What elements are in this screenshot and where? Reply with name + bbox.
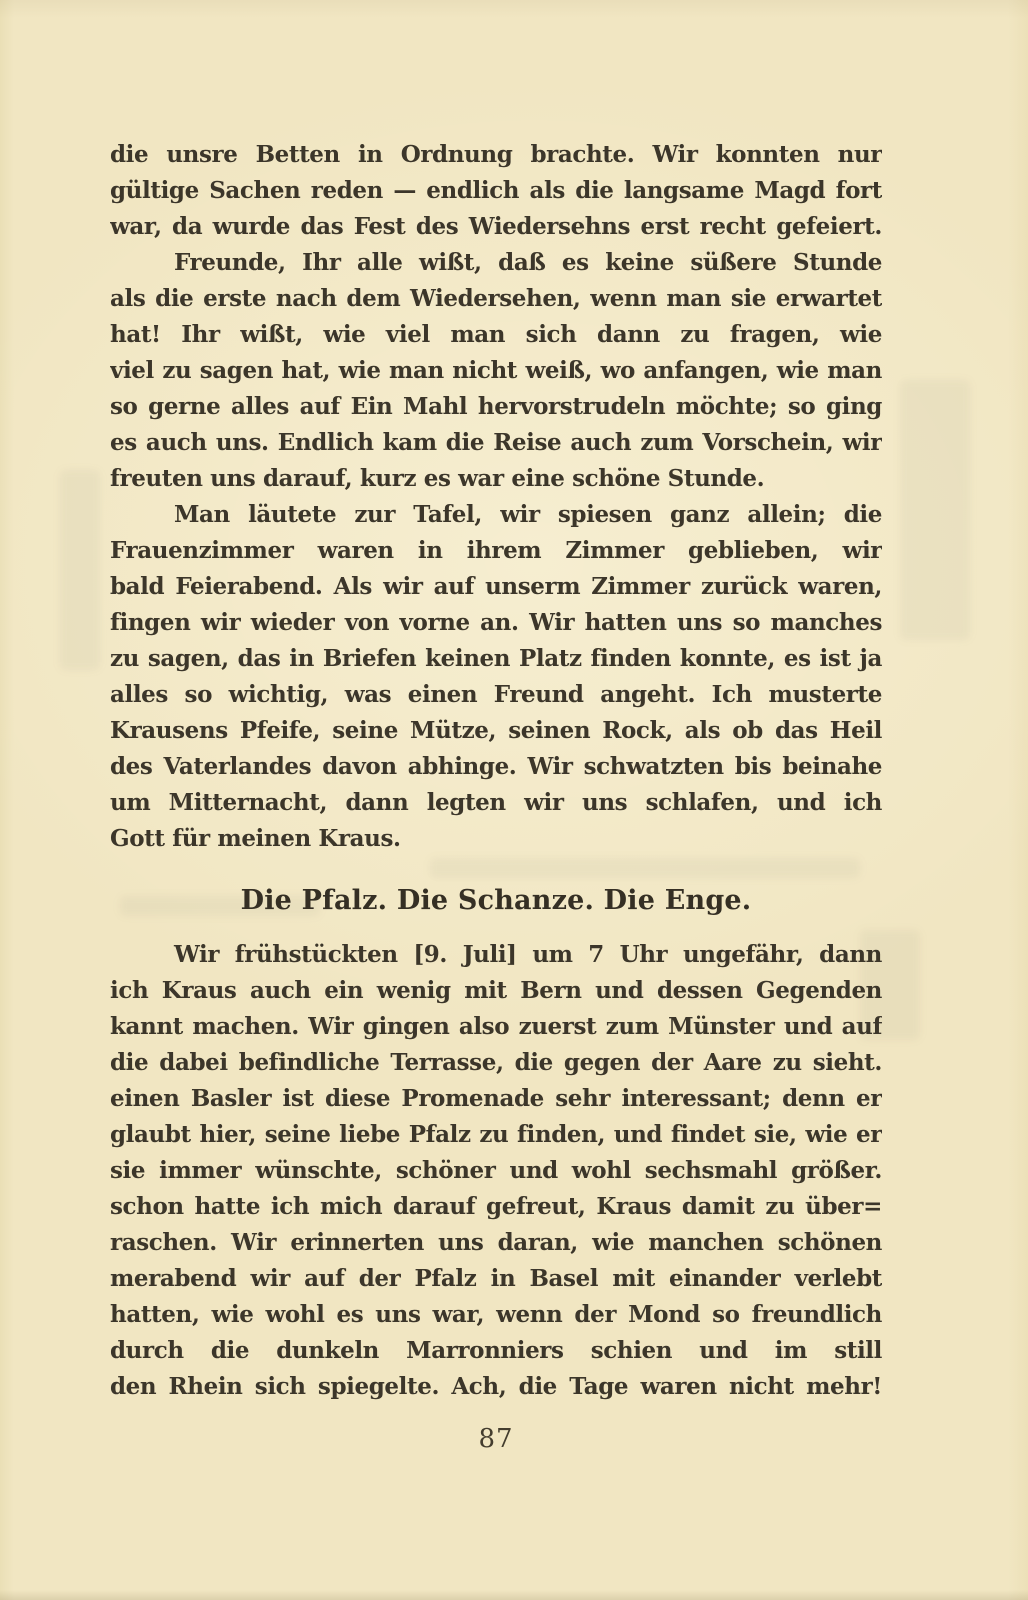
text-line: es auch uns. Endlich kam die Reise auch …	[110, 425, 882, 461]
text-line: Man läutete zur Tafel, wir spiesen ganz …	[110, 497, 882, 533]
text-line: fingen wir wieder von vorne an. Wir hatt…	[110, 605, 882, 641]
show-through-artifact	[60, 470, 100, 670]
show-through-artifact	[900, 380, 970, 640]
text-line: Krausens Pfeife, seine Mütze, seinen Roc…	[110, 713, 882, 749]
scanned-book-page: { "page": { "heading": "Die Pfalz. Die S…	[0, 0, 1028, 1600]
text-line: die unsre Betten in Ordnung brachte. Wir…	[110, 137, 882, 173]
text-line: gültige Sachen reden — endlich als die l…	[110, 173, 882, 209]
text-line: einen Basler ist diese Promenade sehr in…	[110, 1081, 882, 1117]
section-heading: Die Pfalz. Die Schanze. Die Enge.	[110, 883, 882, 919]
text-line: Frauenzimmer waren in ihrem Zimmer gebli…	[110, 533, 882, 569]
text-line: um Mitternacht, dann legten wir uns schl…	[110, 785, 882, 821]
text-line: den Rhein sich spiegelte. Ach, die Tage …	[110, 1369, 882, 1405]
text-line: war, da wurde das Fest des Wiedersehns e…	[110, 209, 882, 245]
text-line: sie immer wünschte, schöner und wohl sec…	[110, 1153, 882, 1189]
text-line: als die erste nach dem Wiedersehen, wenn…	[110, 281, 882, 317]
text-line: durch die dunkeln Marronniers schien und…	[110, 1333, 882, 1369]
text-line: freuten uns darauf, kurz es war eine sch…	[110, 461, 882, 497]
text-line: Gott für meinen Kraus.	[110, 821, 882, 857]
body-text-block-2: Wir frühstückten [9. Juli] um 7 Uhr unge…	[110, 937, 882, 1405]
text-line: die dabei befindliche Terrasse, die gege…	[110, 1045, 882, 1081]
text-line: Wir frühstückten [9. Juli] um 7 Uhr unge…	[110, 937, 882, 973]
text-line: des Vaterlandes davon abhinge. Wir schwa…	[110, 749, 882, 785]
text-line: raschen. Wir erinnerten uns daran, wie m…	[110, 1225, 882, 1261]
text-line: ich Kraus auch ein wenig mit Bern und de…	[110, 973, 882, 1009]
text-line: Freunde, Ihr alle wißt, daß es keine süß…	[110, 245, 882, 281]
text-line: zu sagen, das in Briefen keinen Platz fi…	[110, 641, 882, 677]
text-line: merabend wir auf der Pfalz in Basel mit …	[110, 1261, 882, 1297]
text-line: schon hatte ich mich darauf gefreut, Kra…	[110, 1189, 882, 1225]
text-line: kannt machen. Wir gingen also zuerst zum…	[110, 1009, 882, 1045]
text-column: die unsre Betten in Ordnung brachte. Wir…	[110, 137, 882, 1455]
text-line: hatten, wie wohl es uns war, wenn der Mo…	[110, 1297, 882, 1333]
text-line: viel zu sagen hat, wie man nicht weiß, w…	[110, 353, 882, 389]
text-line: so gerne alles auf Ein Mahl hervorstrude…	[110, 389, 882, 425]
text-line: bald Feierabend. Als wir auf unserm Zimm…	[110, 569, 882, 605]
text-line: hat! Ihr wißt, wie viel man sich dann zu…	[110, 317, 882, 353]
text-line: alles so wichtig, was einen Freund angeh…	[110, 677, 882, 713]
text-line: glaubt hier, seine liebe Pfalz zu finden…	[110, 1117, 882, 1153]
body-text-block-1: die unsre Betten in Ordnung brachte. Wir…	[110, 137, 882, 857]
page-number: 87	[110, 1423, 882, 1455]
